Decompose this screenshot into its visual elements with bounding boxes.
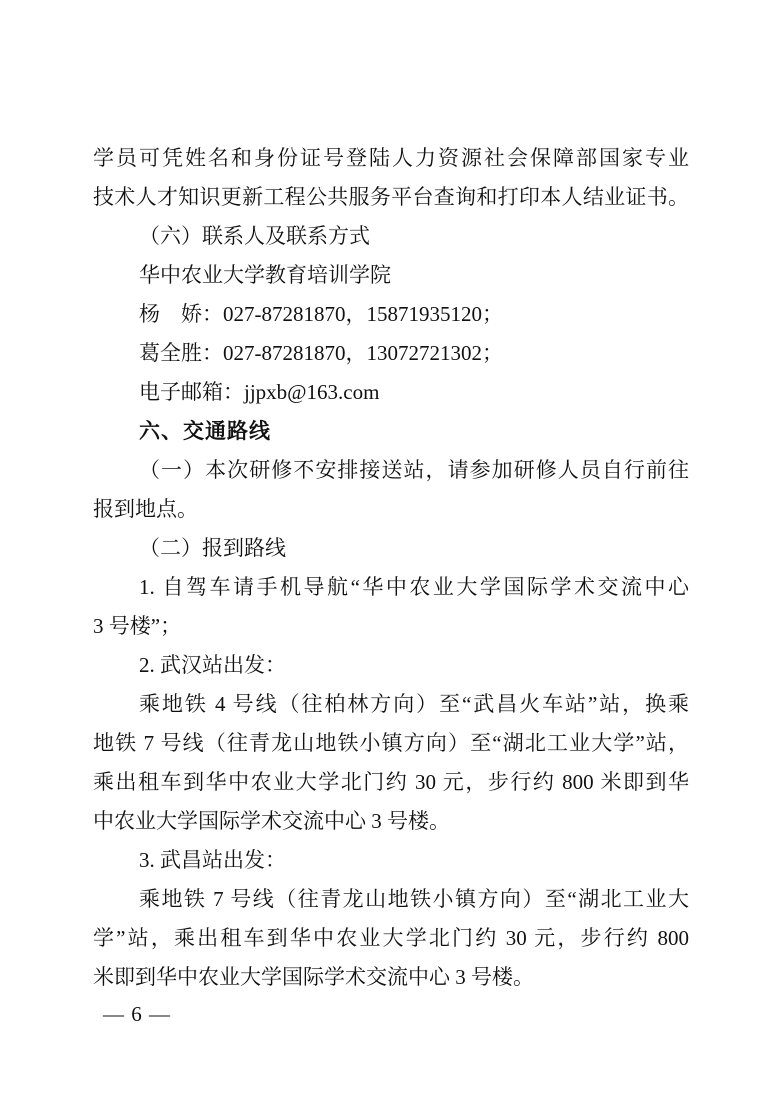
document-body: 学员可凭姓名和身份证号登陆人力资源社会保障部国家专业 技术人才知识更新工程公共服… <box>93 139 689 997</box>
text-line: 地铁 7 号线（往青龙山地铁小镇方向）至“湖北工业大学”站， <box>93 724 689 763</box>
text-line: 中农业大学国际学术交流中心 3 号楼。 <box>93 802 689 841</box>
section-heading-traffic-routes: 六、交通路线 <box>93 412 689 451</box>
page-number: — 6 — <box>103 1000 171 1028</box>
text-line: 乘出租车到华中农业大学北门约 30 元，步行约 800 米即到华 <box>93 763 689 802</box>
text-line: 1. 自驾车请手机导航“华中农业大学国际学术交流中心 <box>93 568 689 607</box>
text-line-organization: 华中农业大学教育培训学院 <box>93 256 689 295</box>
text-line: （一）本次研修不安排接送站，请参加研修人员自行前往 <box>93 451 689 490</box>
text-line-contact-ge-quansheng: 葛全胜：027-87281870，13072721302； <box>93 334 689 373</box>
subsection-heading-contacts: （六）联系人及联系方式 <box>93 217 689 256</box>
text-line: 3 号楼”； <box>93 607 689 646</box>
text-line-wuhan-station: 2. 武汉站出发： <box>93 646 689 685</box>
subsection-heading-checkin-route: （二）报到路线 <box>93 529 689 568</box>
text-line: 学”站，乘出租车到华中农业大学北门约 30 元，步行约 800 <box>93 919 689 958</box>
text-line: 乘地铁 7 号线（往青龙山地铁小镇方向）至“湖北工业大 <box>93 880 689 919</box>
document-page: 学员可凭姓名和身份证号登陆人力资源社会保障部国家专业 技术人才知识更新工程公共服… <box>0 0 776 1111</box>
text-line-email: 电子邮箱：jjpxb@163.com <box>93 373 689 412</box>
text-line: 学员可凭姓名和身份证号登陆人力资源社会保障部国家专业 <box>93 139 689 178</box>
text-line-contact-yang-jiao: 杨 娇：027-87281870，15871935120； <box>93 295 689 334</box>
text-line: 报到地点。 <box>93 490 689 529</box>
text-line: 米即到华中农业大学国际学术交流中心 3 号楼。 <box>93 958 689 997</box>
text-line-wuchang-station: 3. 武昌站出发： <box>93 841 689 880</box>
text-line: 乘地铁 4 号线（往柏林方向）至“武昌火车站”站，换乘 <box>93 685 689 724</box>
text-line: 技术人才知识更新工程公共服务平台查询和打印本人结业证书。 <box>93 178 689 217</box>
